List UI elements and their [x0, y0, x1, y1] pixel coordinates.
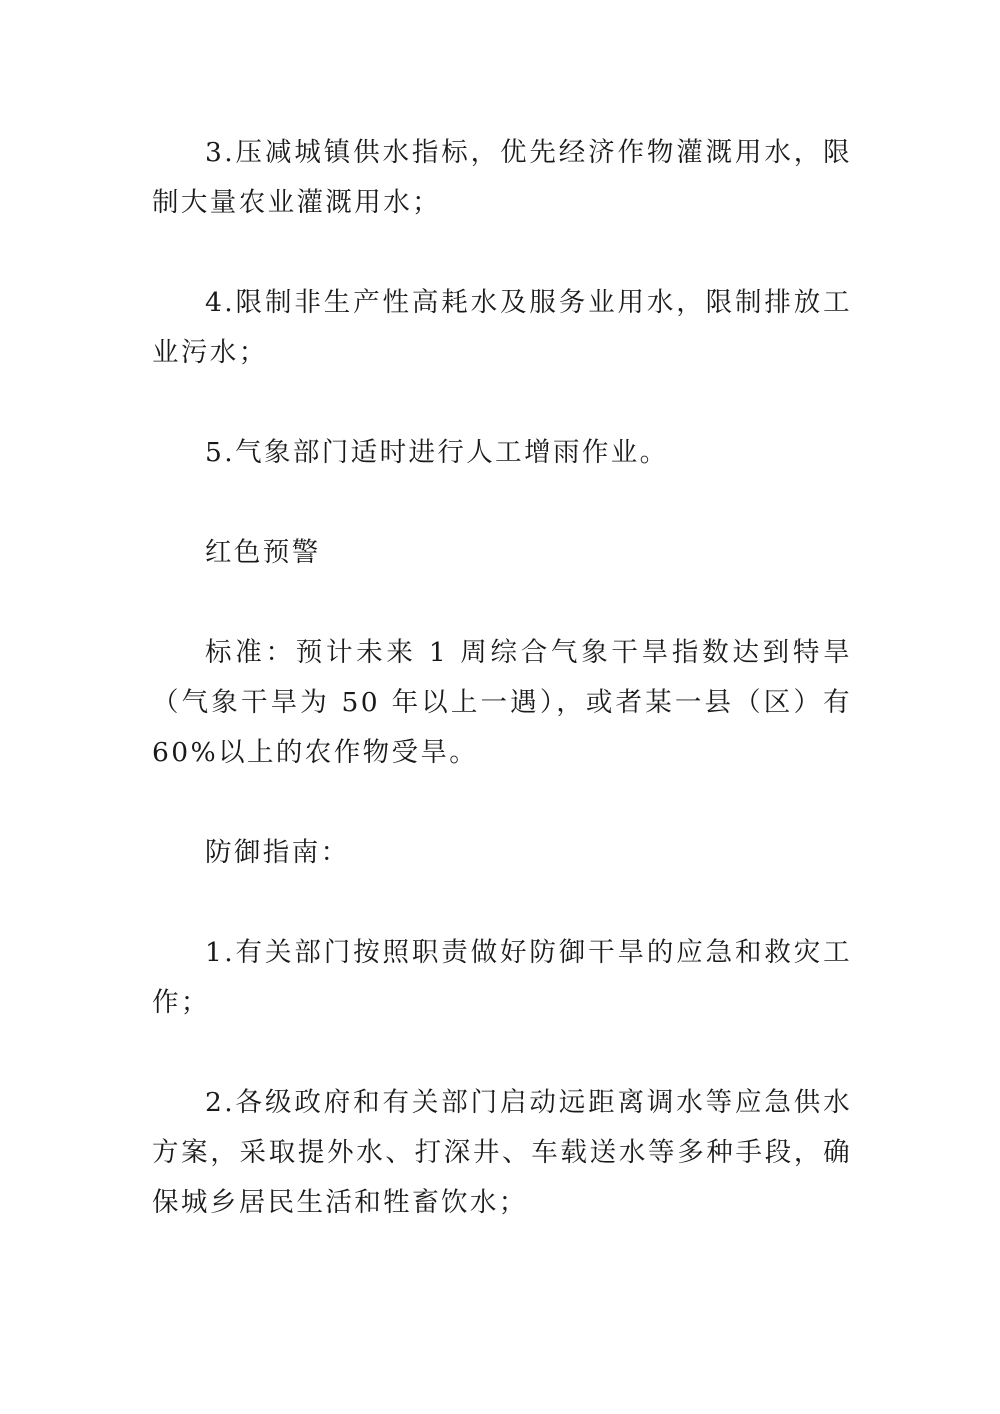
- defense-guide-heading: 防御指南：: [152, 828, 852, 878]
- defense-item-1: 1.有关部门按照职责做好防御干旱的应急和救灾工作；: [152, 928, 852, 1028]
- red-warning-standard: 标准：预计未来 1 周综合气象干旱指数达到特旱（气象干旱为 50 年以上一遇），…: [152, 628, 852, 778]
- defense-item-2: 2.各级政府和有关部门启动远距离调水等应急供水方案，采取提外水、打深井、车载送水…: [152, 1078, 852, 1228]
- measure-item-3: 3.压减城镇供水指标，优先经济作物灌溉用水，限制大量农业灌溉用水；: [152, 128, 852, 228]
- measure-item-4: 4.限制非生产性高耗水及服务业用水，限制排放工业污水；: [152, 278, 852, 378]
- document-page: 3.压减城镇供水指标，优先经济作物灌溉用水，限制大量农业灌溉用水； 4.限制非生…: [152, 128, 852, 1278]
- red-warning-heading: 红色预警: [152, 528, 852, 578]
- measure-item-5: 5.气象部门适时进行人工增雨作业。: [152, 428, 852, 478]
